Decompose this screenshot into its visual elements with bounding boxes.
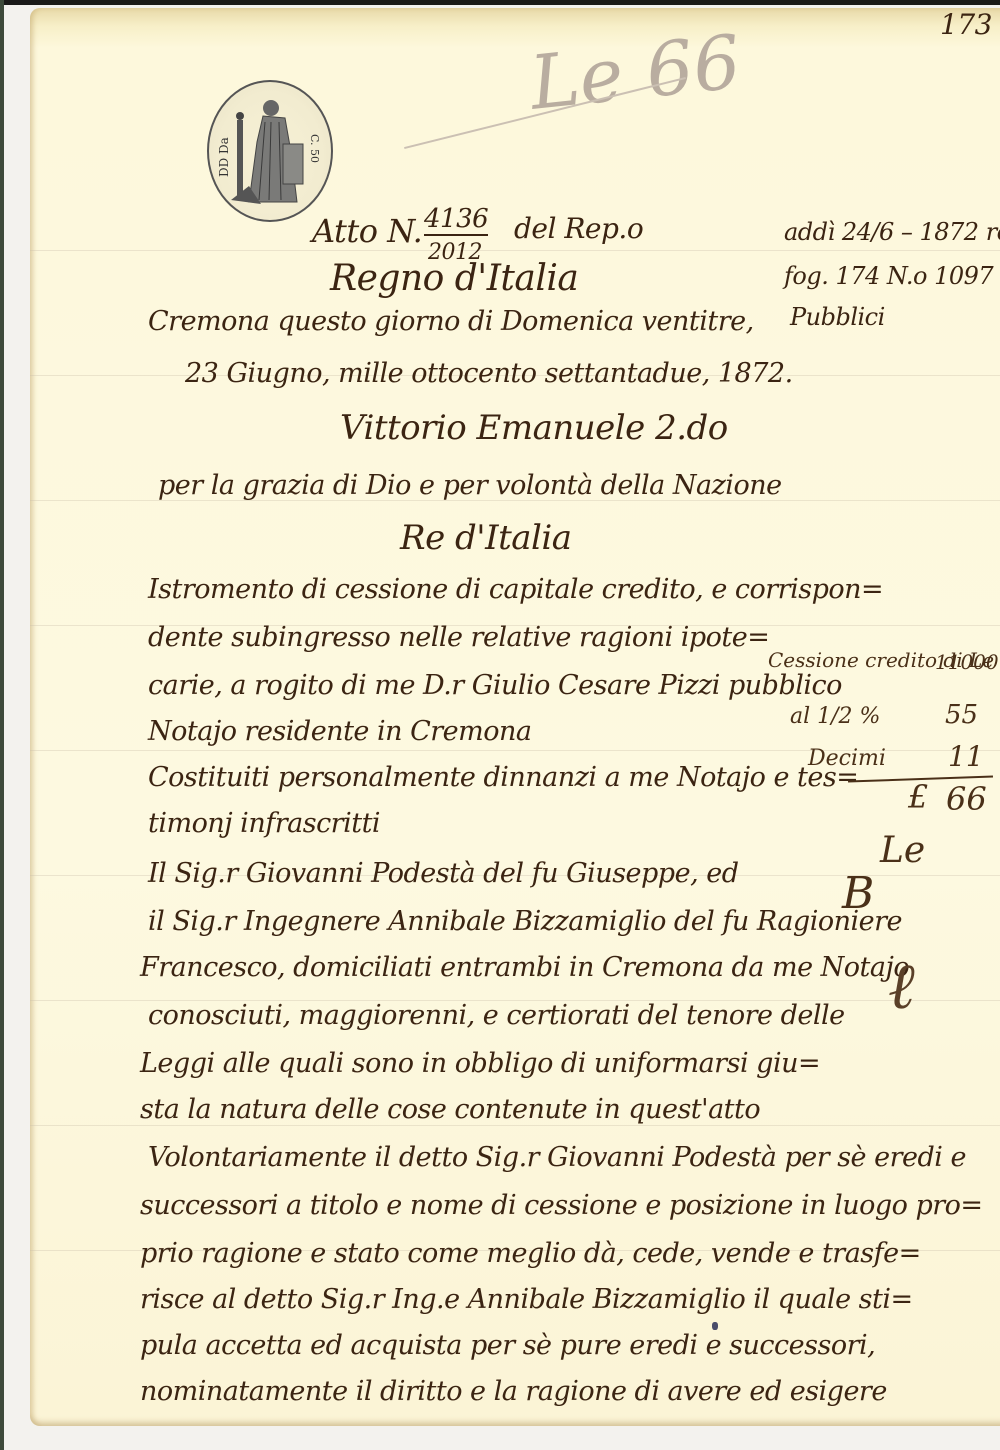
body-line: prio ragione e stato come meglio dà, ced… [140, 1238, 921, 1269]
calc-principal: 11000 [935, 650, 999, 674]
register-label: del Rep.o [514, 212, 643, 245]
body-line: Il Sig.r Giovanni Podestà del fu Giusepp… [148, 858, 739, 889]
registration-note-line2: fog. 174 N.o 1097 atti [784, 262, 1000, 290]
calc-row-value: 55 [945, 700, 978, 730]
calc-total: 66 [946, 780, 987, 818]
body-line: per la grazia di Dio e per volontà della… [158, 470, 782, 501]
body-line: Notajo residente in Cremona [148, 716, 531, 747]
calc-row-label: al 1/2 % [790, 704, 880, 729]
body-line: Costituiti personalmente dinnanzi a me N… [148, 762, 858, 793]
body-line: dente subingresso nelle relative ragioni… [148, 622, 769, 653]
initials-flourish: B [842, 868, 874, 919]
calc-total-symbol: £ [908, 778, 928, 816]
body-line: carie, a rogito di me D.r Giulio Cesare … [148, 670, 842, 701]
body-line: nominatamente il diritto e la ragione di… [140, 1376, 887, 1407]
body-line: Cremona questo giorno di Domenica ventit… [148, 306, 754, 337]
body-line: sta la natura delle cose contenute in qu… [140, 1094, 760, 1125]
king-title: Re d'Italia [400, 518, 572, 558]
stamp-value: C. 50 [308, 134, 321, 163]
calc-row-label: Decimi [808, 746, 886, 771]
registration-note-line1: addì 24/6 – 1872 reg.to [784, 218, 1000, 246]
body-line: pula accetta ed acquista per sè pure ere… [140, 1330, 875, 1361]
ink-spot [712, 1322, 718, 1330]
ruled-line [30, 250, 1000, 251]
act-number: 4136 [424, 204, 488, 236]
currency-mark: Le [880, 830, 925, 871]
kingdom-title: Regno d'Italia [330, 258, 578, 299]
signature-flourish: ℓ [888, 950, 915, 1024]
page-number: 173 [940, 8, 992, 41]
body-line: 23 Giugno, mille ottocento settantadue, … [185, 358, 793, 389]
act-label: Atto N. [312, 212, 422, 250]
ruled-line [30, 1125, 1000, 1126]
body-line: Francesco, domiciliati entrambi in Cremo… [140, 952, 909, 983]
body-line: timonj infrascritti [148, 808, 380, 839]
body-line: risce al detto Sig.r Ing.e Annibale Bizz… [140, 1284, 913, 1315]
stamp-left-text: DD Da [217, 137, 231, 177]
body-line: Istromento di cessione di capitale credi… [148, 574, 883, 605]
body-line: successori a titolo e nome di cessione e… [140, 1190, 983, 1221]
body-line: Volontariamente il detto Sig.r Giovanni … [148, 1142, 966, 1173]
body-line: Leggi alle quali sono in obbligo di unif… [140, 1048, 820, 1079]
king-name: Vittorio Emanuele 2.do [340, 408, 728, 448]
tax-stamp: DD Da C. 50 [207, 80, 333, 222]
calc-row-value: 11 [948, 740, 984, 773]
body-line: conosciuti, maggiorenni, e certiorati de… [148, 1000, 845, 1031]
body-line: il Sig.r Ingegnere Annibale Bizzamiglio … [148, 906, 902, 937]
registration-note-line3: Pubblici [790, 303, 885, 331]
